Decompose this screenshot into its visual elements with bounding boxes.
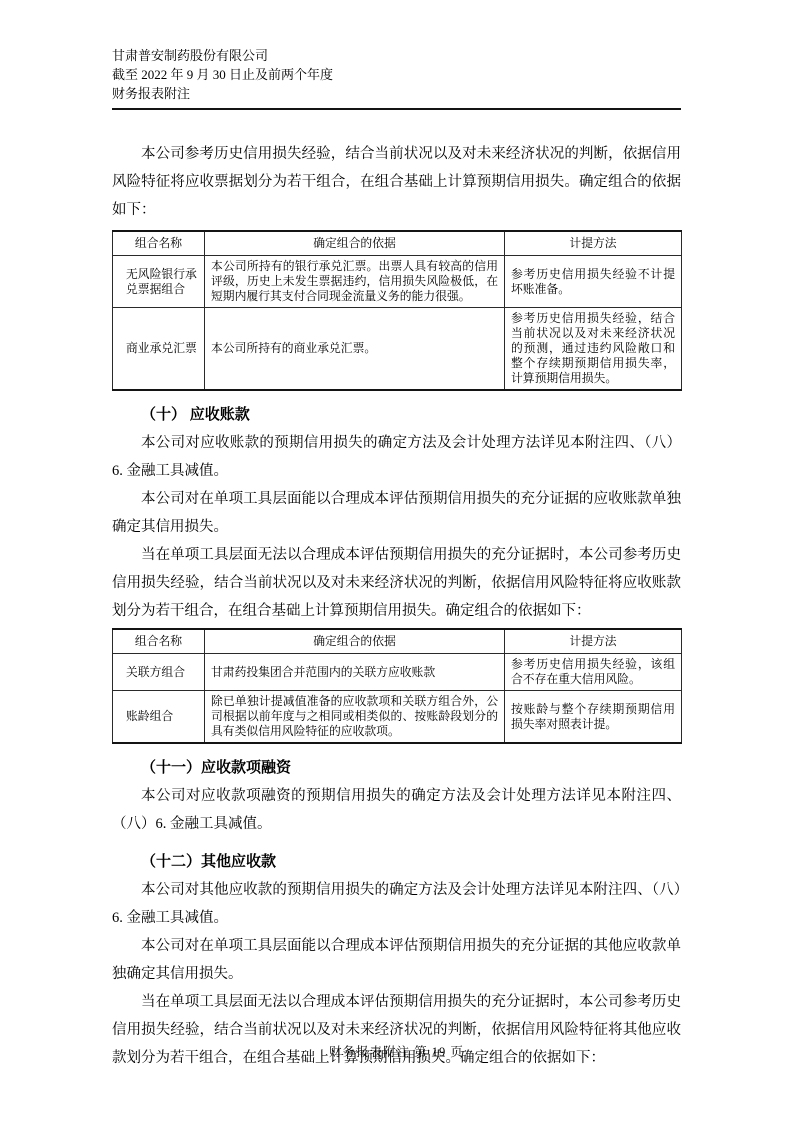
cell-basis: 除已单独计提减值准备的应收款项和关联方组合外，公司根据以前年度与之相同或相类似的… bbox=[205, 691, 505, 744]
paragraph: 本公司对在单项工具层面能以合理成本评估预期信用损失的充分证据的其他应收款单独确定… bbox=[112, 932, 681, 988]
table-row: 关联方组合 甘肃药投集团合并范围内的关联方应收账款 参考历史信用损失经验，该组合… bbox=[113, 654, 682, 691]
receivables-portfolio-table: 组合名称 确定组合的依据 计提方法 关联方组合 甘肃药投集团合并范围内的关联方应… bbox=[112, 628, 682, 744]
cell-method: 参考历史信用损失经验不计提坏账准备。 bbox=[505, 256, 682, 308]
paragraph: 本公司对应收账款的预期信用损失的确定方法及会计处理方法详见本附注四、（八）6. … bbox=[112, 429, 681, 485]
cell-portfolio-name: 无风险银行承兑票据组合 bbox=[113, 256, 205, 308]
section-heading-11: （十一）应收款项融资 bbox=[112, 758, 681, 778]
cell-method: 按账龄与整个存续期预期信用损失率对照表计提。 bbox=[505, 691, 682, 744]
cell-portfolio-name: 关联方组合 bbox=[113, 654, 205, 691]
paragraph: 本公司对应收款项融资的预期信用损失的确定方法及会计处理方法详见本附注四、（八）6… bbox=[112, 782, 681, 838]
page-footer: 财务报表附注 第 19 页 bbox=[0, 1042, 793, 1060]
section-heading-10: （十） 应收账款 bbox=[112, 405, 681, 425]
cell-portfolio-name: 账龄组合 bbox=[113, 691, 205, 744]
cell-basis: 本公司所持有的银行承兑汇票。出票人具有较高的信用评级，历史上未发生票据违约，信用… bbox=[205, 256, 505, 308]
document-page: 甘肃普安制药股份有限公司 截至 2022 年 9 月 30 日止及前两个年度 财… bbox=[0, 0, 793, 1122]
section-heading-12: （十二）其他应收款 bbox=[112, 852, 681, 872]
col-header-basis: 确定组合的依据 bbox=[205, 629, 505, 654]
cell-method: 参考历史信用损失经验，结合当前状况以及对未来经济状况的预测，通过违约风险敞口和整… bbox=[505, 308, 682, 391]
doc-title: 财务报表附注 bbox=[112, 84, 681, 103]
cell-portfolio-name: 商业承兑汇票 bbox=[113, 308, 205, 391]
intro-paragraph: 本公司参考历史信用损失经验，结合当前状况以及对未来经济状况的判断，依据信用风险特… bbox=[112, 140, 681, 224]
report-period: 截至 2022 年 9 月 30 日止及前两个年度 bbox=[112, 65, 681, 84]
col-header-method: 计提方法 bbox=[505, 231, 682, 256]
bills-portfolio-table: 组合名称 确定组合的依据 计提方法 无风险银行承兑票据组合 本公司所持有的银行承… bbox=[112, 230, 682, 391]
cell-basis: 甘肃药投集团合并范围内的关联方应收账款 bbox=[205, 654, 505, 691]
col-header-method: 计提方法 bbox=[505, 629, 682, 654]
table-header-row: 组合名称 确定组合的依据 计提方法 bbox=[113, 231, 682, 256]
col-header-basis: 确定组合的依据 bbox=[205, 231, 505, 256]
company-name: 甘肃普安制药股份有限公司 bbox=[112, 46, 681, 65]
table-row: 账龄组合 除已单独计提减值准备的应收款项和关联方组合外，公司根据以前年度与之相同… bbox=[113, 691, 682, 744]
col-header-portfolio-name: 组合名称 bbox=[113, 231, 205, 256]
table-row: 商业承兑汇票 本公司所持有的商业承兑汇票。 参考历史信用损失经验，结合当前状况以… bbox=[113, 308, 682, 391]
table-row: 无风险银行承兑票据组合 本公司所持有的银行承兑汇票。出票人具有较高的信用评级，历… bbox=[113, 256, 682, 308]
paragraph: 当在单项工具层面无法以合理成本评估预期信用损失的充分证据时，本公司参考历史信用损… bbox=[112, 541, 681, 625]
doc-header: 甘肃普安制药股份有限公司 截至 2022 年 9 月 30 日止及前两个年度 财… bbox=[112, 46, 681, 110]
paragraph: 本公司对其他应收款的预期信用损失的确定方法及会计处理方法详见本附注四、（八）6.… bbox=[112, 876, 681, 932]
col-header-portfolio-name: 组合名称 bbox=[113, 629, 205, 654]
table-header-row: 组合名称 确定组合的依据 计提方法 bbox=[113, 629, 682, 654]
cell-method: 参考历史信用损失经验，该组合不存在重大信用风险。 bbox=[505, 654, 682, 691]
paragraph: 本公司对在单项工具层面能以合理成本评估预期信用损失的充分证据的应收账款单独确定其… bbox=[112, 485, 681, 541]
cell-basis: 本公司所持有的商业承兑汇票。 bbox=[205, 308, 505, 391]
